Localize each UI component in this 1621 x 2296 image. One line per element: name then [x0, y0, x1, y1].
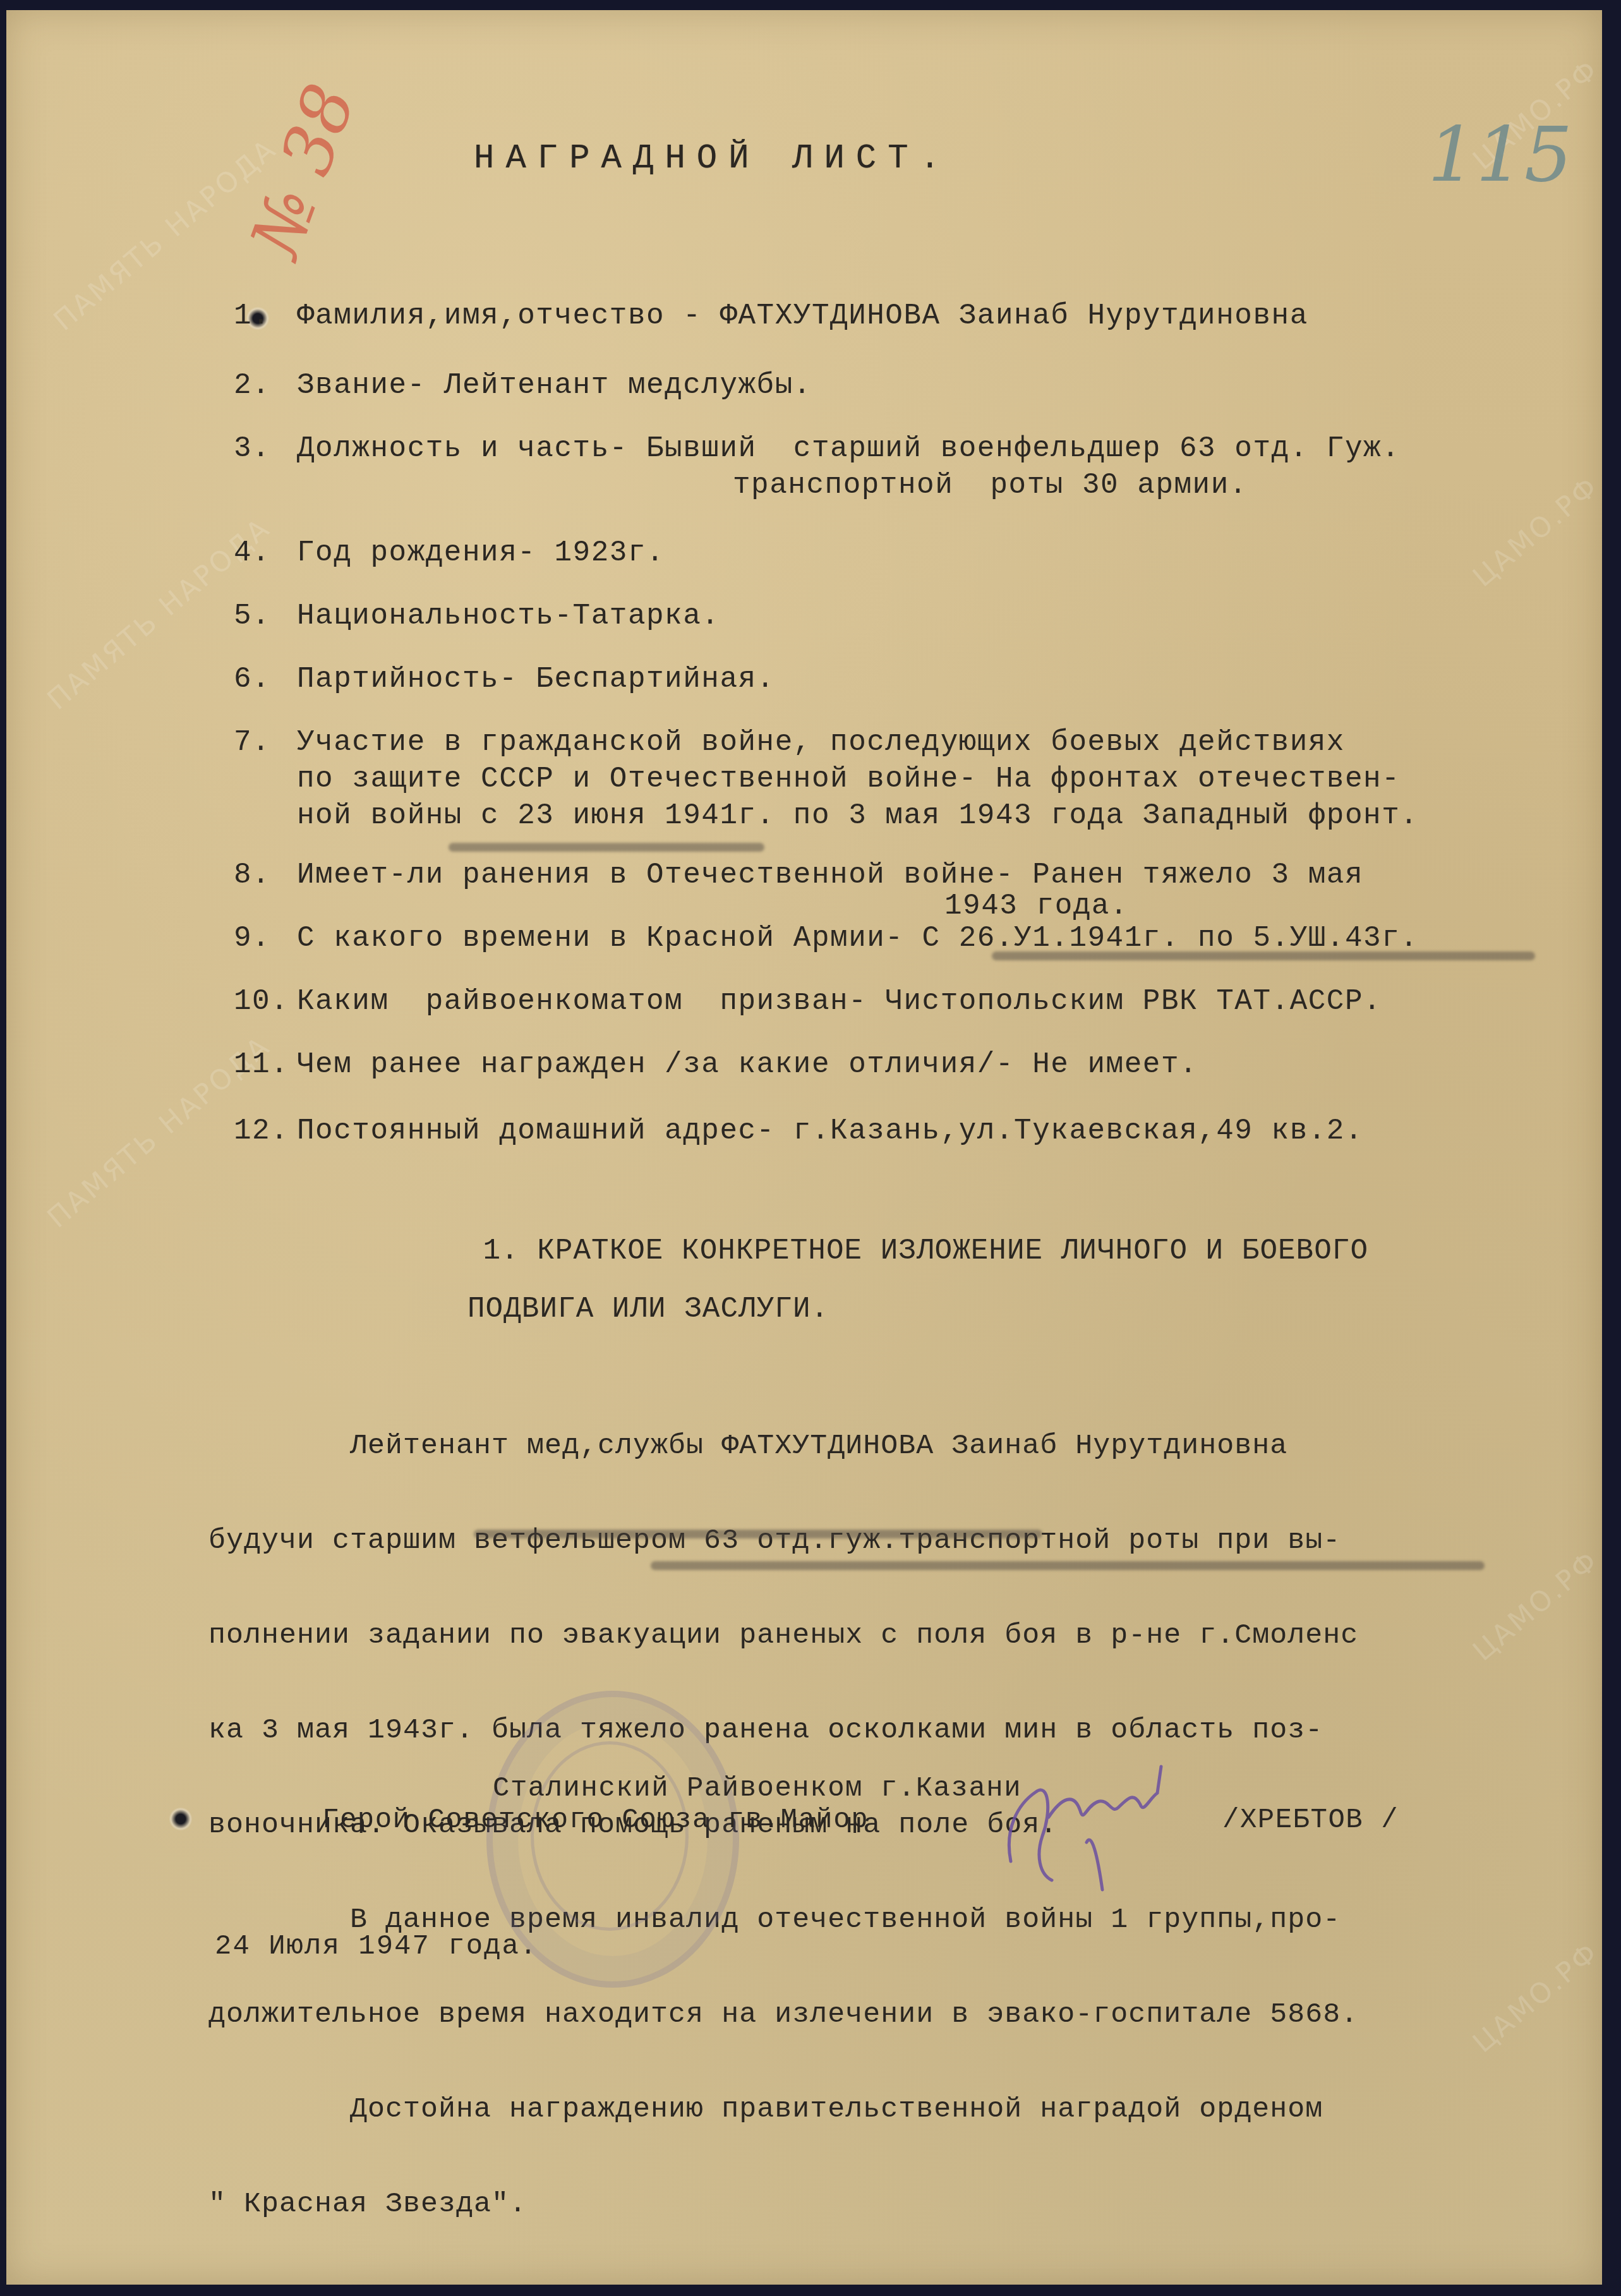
field-text-continued: 1943 года. [297, 893, 1554, 919]
field-text-continued: ной войны с 23 июня 1941г. по 3 мая 1943… [297, 797, 1554, 834]
narrative-line: " Красная Звезда". [208, 2189, 1611, 2220]
narrative-line: ка 3 мая 1943г. была тяжело ранена оскол… [208, 1715, 1611, 1746]
signatory-title: Сталинский Райвоенком г.Казани [493, 1773, 1021, 1804]
field-text: Партийность- Беспартийная. [297, 661, 1554, 698]
field-text: Участие в гражданской войне, последующих… [297, 724, 1554, 761]
document-sheet: ПАМЯТЬ НАРОДА ПАМЯТЬ НАРОДА ПАМЯТЬ НАРОД… [6, 10, 1602, 2285]
field-11: 11.Чем ранее награжден /за какие отличия… [234, 1046, 1560, 1083]
field-text: Национальность-Татарка. [297, 598, 1554, 634]
field-text: Звание- Лейтенант медслужбы. [297, 367, 1554, 404]
field-number: 10. [234, 983, 297, 1020]
section-heading-line: 1. КРАТКОЕ КОНКРЕТНОЕ ИЗЛОЖЕНИЕ ЛИЧНОГО … [483, 1235, 1368, 1267]
field-number: 9. [234, 920, 297, 957]
field-number: 12. [234, 1113, 297, 1149]
field-text: Фамилия,имя,отчество - ФАТХУТДИНОВА Заин… [297, 298, 1554, 334]
page-title: НАГРАДНОЙ ЛИСТ. [474, 140, 951, 178]
field-number: 3. [234, 430, 297, 467]
field-12: 12.Постоянный домашний адрес- г.Казань,у… [234, 1113, 1560, 1149]
handwritten-signature-icon [992, 1754, 1200, 1893]
field-10: 10.Каким райвоенкоматом призван- Чистопо… [234, 983, 1560, 1020]
field-8: 8.Имеет-ли ранения в Отечественной войне… [234, 857, 1560, 919]
field-7: 7.Участие в гражданской войне, последующ… [234, 724, 1560, 834]
page-number-blue: 115 [1428, 111, 1572, 199]
narrative-line: Лейтенант мед,службы ФАТХУТДИНОВА Заинаб… [208, 1430, 1611, 1462]
field-text: Имеет-ли ранения в Отечественной войне- … [297, 857, 1554, 893]
narrative-line: должительное время находится на излечени… [208, 1999, 1611, 2031]
narrative-line: полнении задании по эвакуации раненых с … [208, 1620, 1611, 1652]
field-1: 1.Фамилия,имя,отчество - ФАТХУТДИНОВА За… [234, 298, 1560, 334]
field-2: 2.Звание- Лейтенант медслужбы. [234, 367, 1560, 404]
field-number: 8. [234, 857, 297, 893]
field-number: 6. [234, 661, 297, 698]
pencil-underline [992, 952, 1535, 960]
section-heading: 1. КРАТКОЕ КОНКРЕТНОЕ ИЗЛОЖЕНИЕ ЛИЧНОГО … [411, 1207, 1368, 1382]
field-text: Постоянный домашний адрес- г.Казань,ул.Т… [297, 1113, 1554, 1149]
signatory-rank: Герой Советского Союза гв.Майор [322, 1804, 869, 1836]
punch-hole-icon [169, 1808, 192, 1830]
field-number: 11. [234, 1046, 297, 1083]
field-text-continued: транспортной роты 30 армии. [297, 467, 1554, 504]
field-number: 2. [234, 367, 297, 404]
field-text: Каким райвоенкоматом призван- Чистопольс… [297, 983, 1554, 1020]
field-6: 6.Партийность- Беспартийная. [234, 661, 1560, 698]
pencil-underline [651, 1561, 1485, 1570]
field-4: 4.Год рождения- 1923г. [234, 535, 1560, 571]
field-number: 5. [234, 598, 297, 634]
field-5: 5.Национальность-Татарка. [234, 598, 1560, 634]
section-heading-line: ПОДВИГА ИЛИ ЗАСЛУГИ. [411, 1295, 1368, 1324]
field-text: Чем ранее награжден /за какие отличия/- … [297, 1046, 1554, 1083]
field-3: 3.Должность и часть- Бывший старший воен… [234, 430, 1560, 504]
field-number: 1. [234, 298, 297, 334]
field-number: 7. [234, 724, 297, 761]
pencil-underline [449, 843, 764, 852]
narrative-line: Достойна награждению правительственной н… [208, 2094, 1611, 2125]
document-date: 24 Июля 1947 года. [215, 1931, 538, 1962]
field-number: 4. [234, 535, 297, 571]
field-text: Должность и часть- Бывший старший военфе… [297, 430, 1554, 467]
signatory-name: /ХРЕБТОВ / [1222, 1804, 1399, 1836]
field-text-continued: по защите СССР и Отечественной войне- На… [297, 761, 1554, 797]
field-text: Год рождения- 1923г. [297, 535, 1554, 571]
pencil-underline [474, 1530, 1042, 1538]
